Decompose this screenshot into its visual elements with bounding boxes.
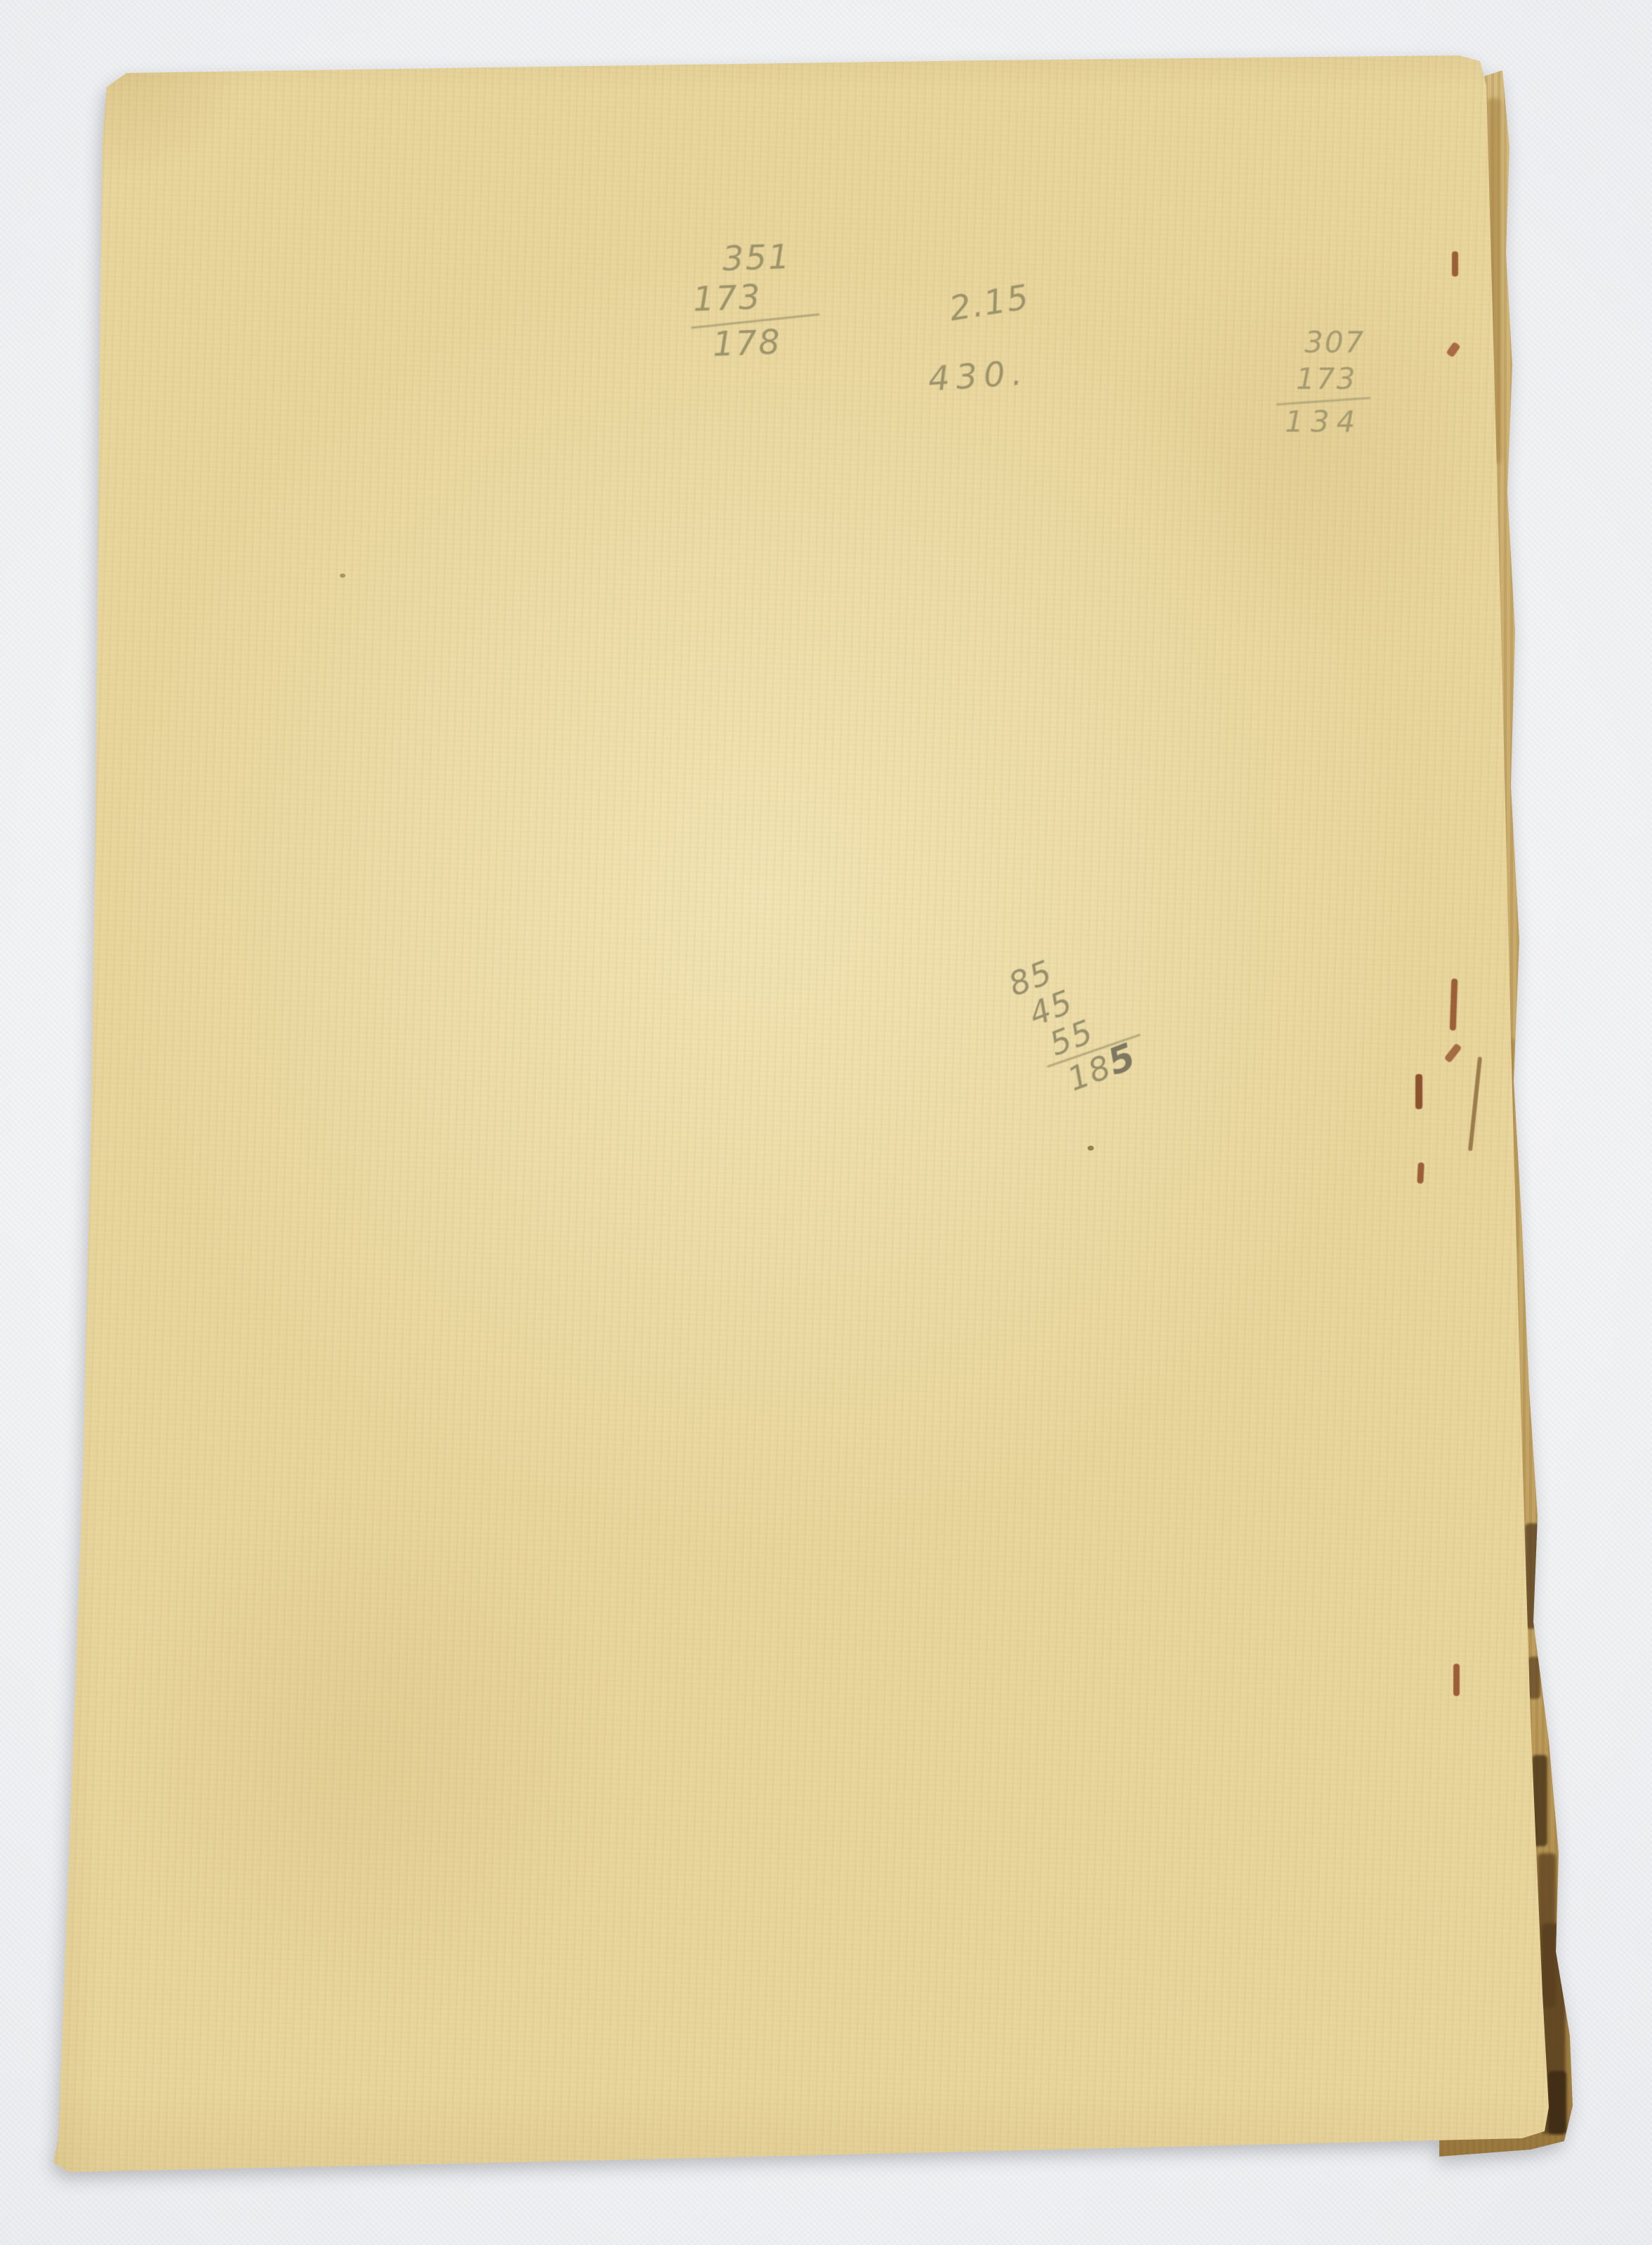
- value-text: 430.: [927, 353, 1029, 399]
- page-edge-streak: [1548, 2071, 1566, 2134]
- difference: 134: [1285, 404, 1370, 440]
- paper-speck: [1088, 1146, 1094, 1151]
- subtrahend: 173: [692, 276, 820, 319]
- rust-mark: [1453, 1664, 1460, 1696]
- handwritten-subtraction-top-left: 351 173 178: [682, 237, 821, 366]
- difference: 178: [712, 322, 821, 364]
- paper-speck: [340, 574, 345, 578]
- handwritten-value-430: 430.: [927, 353, 1029, 399]
- rust-mark: [1415, 1074, 1422, 1109]
- subtrahend: 173: [1296, 361, 1370, 397]
- rust-mark: [1452, 251, 1458, 277]
- rust-mark: [1417, 1163, 1425, 1184]
- handwritten-subtraction-top-right: 307 173 134: [1269, 324, 1370, 440]
- minuend: 307: [1304, 324, 1370, 361]
- page-edge-streak: [1525, 1523, 1542, 1629]
- paper-grain-texture: [0, 0, 1652, 2245]
- minuend: 351: [722, 237, 819, 279]
- photo-backdrop: 351 173 178 2.15 430. 307 173 134 85 45 …: [0, 0, 1652, 2245]
- booklet-back-cover: [0, 0, 1652, 2245]
- booklet: [0, 0, 1652, 2245]
